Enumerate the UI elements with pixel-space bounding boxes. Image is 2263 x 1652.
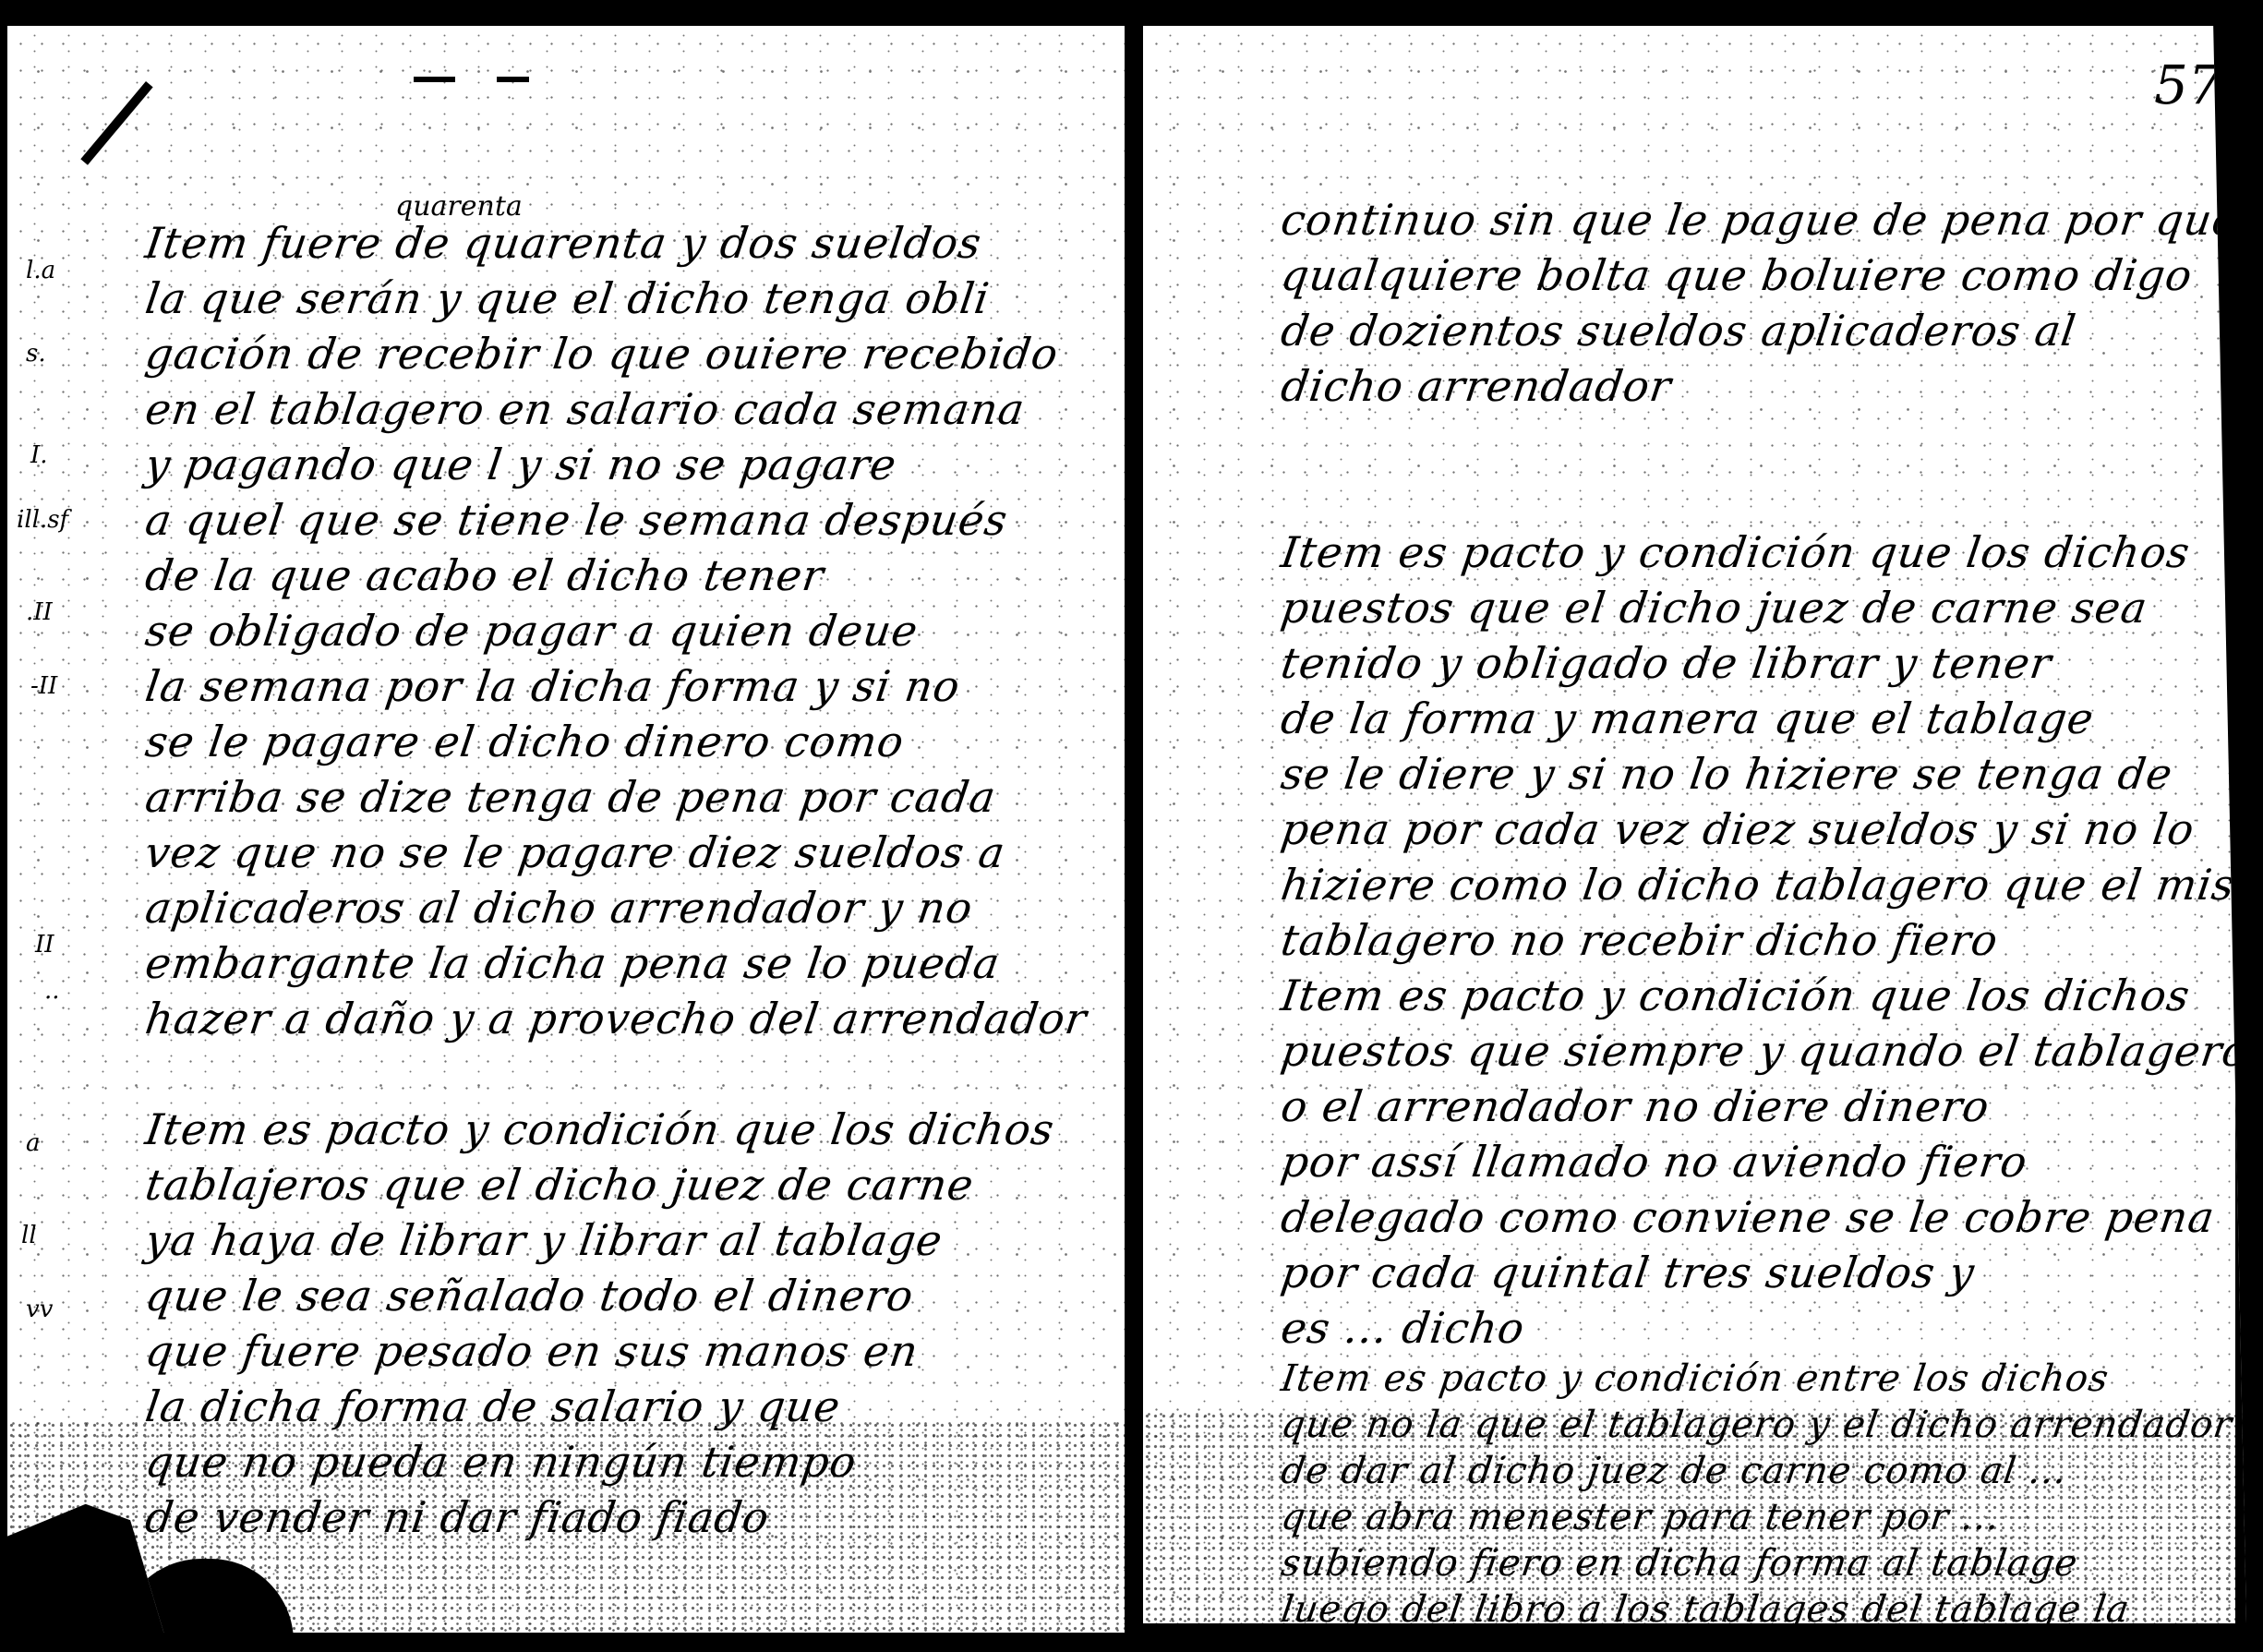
text-line: Item es pacto y condición entre los dich… (1278, 1356, 2246, 1402)
text-line: subiendo fiero en dicha forma al tablage (1278, 1540, 2246, 1586)
text-line: gación de recebir lo que ouiere recebido (142, 326, 1090, 381)
margin-note: .II (26, 598, 53, 626)
paragraph: Item fuere de quarenta y dos sueldos la … (146, 215, 1087, 1046)
margin-note: ll (21, 1222, 37, 1249)
paragraph: continuo sin que le pague de pena por qu… (1282, 192, 2246, 414)
text-line: que le sea señalado todo el dinero (142, 1268, 1090, 1323)
top-dash-mark (414, 77, 455, 82)
text-line: embargante la dicha pena se lo pueda (142, 935, 1090, 991)
text-line: por cada quintal tres sueldos y (1278, 1245, 2246, 1300)
text-line: qualquiere bolta que boluiere como digo (1278, 247, 2246, 303)
text-line: dicho arrendador (1278, 358, 2246, 414)
text-line: hazer a daño y a provecho del arrendador (142, 991, 1090, 1046)
right-page: 57 continuo sin que le pague de pena por… (1143, 26, 2246, 1623)
page-damage-shadow (118, 1559, 294, 1633)
text-line: tablajeros que el dicho juez de carne (142, 1157, 1090, 1212)
text-line: de dar al dicho juez de carne como al ..… (1278, 1448, 2246, 1494)
text-line: se le pagare el dicho dinero como (142, 714, 1090, 769)
margin-note: l.a (26, 257, 55, 284)
text-line: por assí llamado no aviendo fiero (1278, 1134, 2246, 1189)
interlinear-insertion: quarenta (395, 190, 523, 223)
text-line: luego del libro a los tablages del tabla… (1278, 1586, 2246, 1623)
right-text-block: continuo sin que le pague de pena por qu… (1282, 192, 2246, 1623)
text-line: Item es pacto y condición que los dichos (142, 1102, 1090, 1157)
text-line: tablagero no recebir dicho fiero (1278, 912, 2246, 968)
text-line: hiziere como lo dicho tablagero que el m… (1278, 857, 2246, 912)
margin-note: I. (30, 441, 48, 469)
text-line: pena por cada vez diez sueldos y si no l… (1278, 802, 2246, 857)
text-line: o el arrendador no diere dinero (1278, 1079, 2246, 1134)
text-line: de dozientos sueldos aplicaderos al (1278, 303, 2246, 358)
text-line: vez que no se le pagare diez sueldos a (142, 825, 1090, 880)
text-line: que no pueda en ningún tiempo (142, 1434, 1090, 1489)
margin-note: vv (26, 1296, 53, 1323)
text-line: puestos que siempre y quando el tablager… (1278, 1023, 2246, 1079)
text-line: Item fuere de quarenta y dos sueldos (142, 215, 1090, 271)
text-line: ya haya de librar y librar al tablage (142, 1212, 1090, 1268)
left-text-block: Item fuere de quarenta y dos sueldos la … (146, 215, 1087, 1545)
margin-note: -II (30, 672, 57, 700)
top-dash-mark (497, 77, 529, 82)
spine-line (1128, 0, 1138, 1652)
text-line: que fuere pesado en sus manos en (142, 1323, 1090, 1379)
margin-note: II (35, 931, 54, 959)
text-line: y pagando que l y si no se pagare (142, 437, 1090, 492)
text-line: de la que acabo el dicho tener (142, 548, 1090, 603)
corner-crease-mark (80, 81, 152, 165)
margin-note: a (26, 1129, 41, 1157)
left-page: quarenta l.a s. I. ill.sf .II -II II .. … (7, 26, 1125, 1633)
paragraph: Item es pacto y condición que los dichos… (1282, 525, 2246, 968)
margin-note: .. (44, 977, 60, 1005)
text-line: tenido y obligado de librar y tener (1278, 635, 2246, 691)
text-line: se obligado de pagar a quien deue (142, 603, 1090, 658)
text-line: a quel que se tiene le semana después (142, 492, 1090, 548)
text-line: Item es pacto y condición que los dichos (1278, 968, 2246, 1023)
text-line: la que serán y que el dicho tenga obli (142, 271, 1090, 326)
text-line: se le diere y si no lo hiziere se tenga … (1278, 746, 2246, 802)
margin-note: s. (26, 340, 46, 368)
page-edge-shadow (2235, 26, 2246, 1623)
paragraph: Item es pacto y condición que los dichos… (1282, 968, 2246, 1356)
text-line: que abra menester para tener por ... (1278, 1494, 2246, 1540)
text-line: que no la que el tablagero y el dicho ar… (1278, 1402, 2246, 1448)
text-line: de vender ni dar fiado fiado (142, 1489, 1090, 1545)
text-line: continuo sin que le pague de pena por qu… (1278, 192, 2246, 247)
folio-number: 57 (2154, 54, 2222, 116)
text-line: la dicha forma de salario y que (142, 1379, 1090, 1434)
paragraph: Item es pacto y condición que los dichos… (146, 1102, 1087, 1545)
text-line: delegado como conviene se le cobre pena (1278, 1189, 2246, 1245)
text-line: Item es pacto y condición que los dichos (1278, 525, 2246, 580)
text-line: es ... dicho (1278, 1300, 2246, 1356)
text-line: la semana por la dicha forma y si no (142, 658, 1090, 714)
text-line: arriba se dize tenga de pena por cada (142, 769, 1090, 825)
text-line: puestos que el dicho juez de carne sea (1278, 580, 2246, 635)
text-line: de la forma y manera que el tablage (1278, 691, 2246, 746)
margin-note: ill.sf (17, 506, 68, 534)
paragraph: Item es pacto y condición entre los dich… (1282, 1356, 2246, 1623)
text-line: aplicaderos al dicho arrendador y no (142, 880, 1090, 935)
text-line: en el tablagero en salario cada semana (142, 381, 1090, 437)
